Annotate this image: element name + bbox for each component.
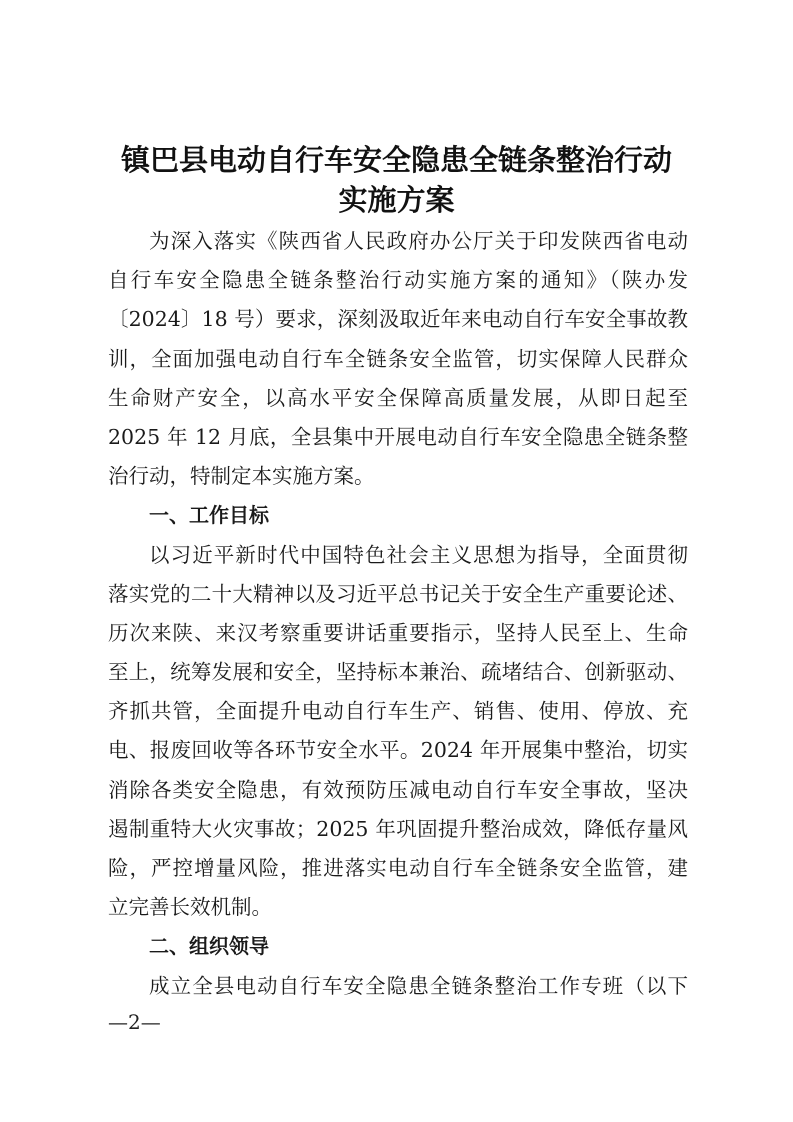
paragraph-line: 齐抓共管，全面提升电动自行车生产、销售、使用、停放、充 — [108, 692, 688, 731]
title-line-1: 镇巴县电动自行车安全隐患全链条整治行动 — [100, 140, 693, 180]
paragraph-line: 落实党的二十大精神以及习近平总书记关于安全生产重要论述、 — [108, 575, 688, 614]
paragraph-line: 2025 年 12 月底，全县集中开展电动自行车安全隐患全链条整 — [108, 418, 688, 457]
intro-paragraph: 为深入落实《陕西省人民政府办公厅关于印发陕西省电动 自行车安全隐患全链条整治行动… — [108, 222, 688, 496]
paragraph-line: 以习近平新时代中国特色社会主义思想为指导，全面贯彻 — [108, 536, 688, 575]
paragraph-line: 〔2024〕18 号）要求，深刻汲取近年来电动自行车安全事故教 — [108, 300, 688, 339]
paragraph-line: 险，严控增量风险，推进落实电动自行车全链条安全监管，建 — [108, 849, 688, 888]
paragraph-line: 电、报废回收等各环节安全水平。2024 年开展集中整治，切实 — [108, 731, 688, 770]
paragraph-line: 至上，统筹发展和安全，坚持标本兼治、疏堵结合、创新驱动、 — [108, 653, 688, 692]
section-heading-work-goals: 一、工作目标 — [108, 496, 688, 535]
paragraph-line: 历次来陕、来汉考察重要讲话重要指示，坚持人民至上、生命 — [108, 614, 688, 653]
paragraph-line: 成立全县电动自行车安全隐患全链条整治工作专班（以下 — [108, 967, 688, 1006]
paragraph-line: 治行动，特制定本实施方案。 — [108, 457, 688, 496]
paragraph-line: 遏制重特大火灾事故；2025 年巩固提升整治成效，降低存量风 — [108, 810, 688, 849]
paragraph-line: 生命财产安全，以高水平安全保障高质量发展，从即日起至 — [108, 379, 688, 418]
paragraph-line: 训，全面加强电动自行车全链条安全监管，切实保障人民群众 — [108, 340, 688, 379]
document-title: 镇巴县电动自行车安全隐患全链条整治行动 实施方案 — [100, 140, 693, 220]
paragraph-line: 立完善长效机制。 — [108, 888, 688, 927]
section-heading-organization: 二、组织领导 — [108, 927, 688, 966]
paragraph-line: 自行车安全隐患全链条整治行动实施方案的通知》（陕办发 — [108, 261, 688, 300]
page-number: —2— — [108, 1010, 161, 1034]
document-body: 为深入落实《陕西省人民政府办公厅关于印发陕西省电动 自行车安全隐患全链条整治行动… — [108, 222, 688, 1006]
organization-paragraph: 成立全县电动自行车安全隐患全链条整治工作专班（以下 — [108, 967, 688, 1006]
document-page: 镇巴县电动自行车安全隐患全链条整治行动 实施方案 为深入落实《陕西省人民政府办公… — [0, 0, 793, 1122]
paragraph-line: 为深入落实《陕西省人民政府办公厅关于印发陕西省电动 — [108, 222, 688, 261]
work-goals-paragraph: 以习近平新时代中国特色社会主义思想为指导，全面贯彻 落实党的二十大精神以及习近平… — [108, 536, 688, 928]
paragraph-line: 消除各类安全隐患，有效预防压减电动自行车安全事故，坚决 — [108, 771, 688, 810]
title-line-2: 实施方案 — [100, 180, 693, 220]
